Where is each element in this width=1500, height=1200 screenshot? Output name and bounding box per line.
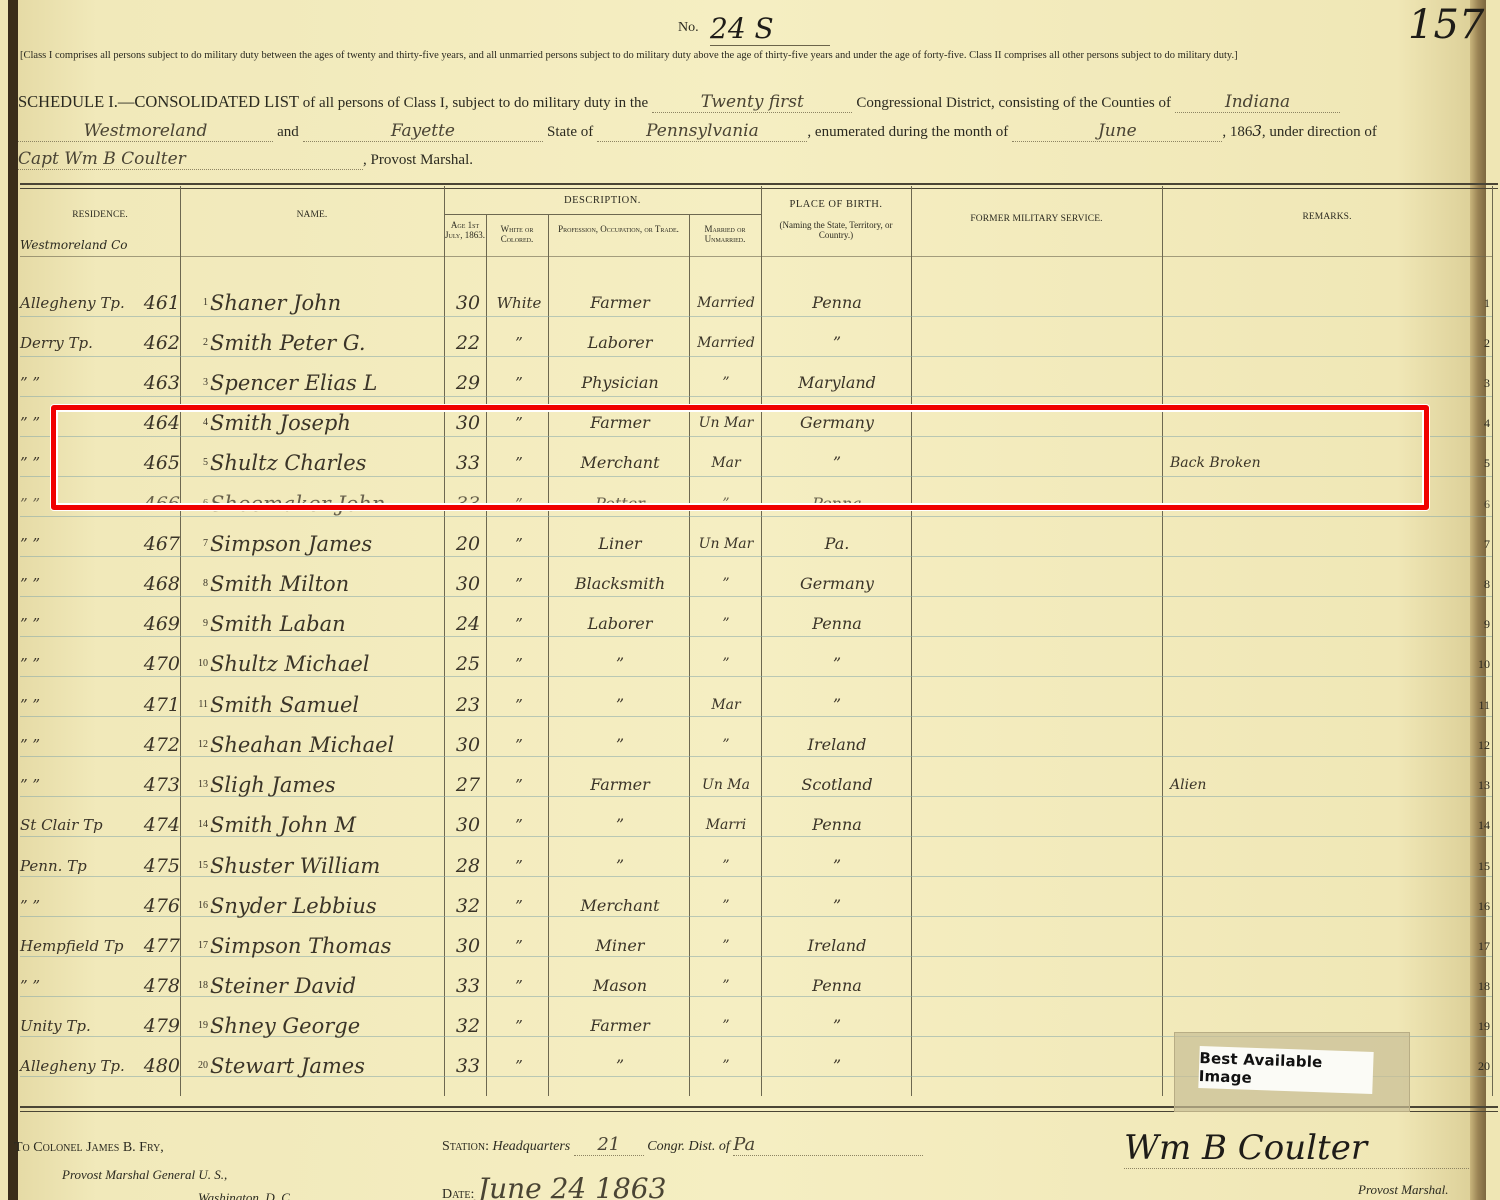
line-number: 2 [1452, 323, 1490, 363]
line-number: 10 [1452, 644, 1490, 684]
profession-cell: Blacksmith [550, 564, 690, 604]
enrollment-number-cell: 478 [130, 966, 180, 1006]
military-cell [912, 564, 1162, 604]
residence-cell: ” ” [20, 363, 130, 403]
table-row: ” ” 476 16 Snyder Lebbius 32 ” Merchant … [20, 886, 1495, 926]
married-cell: ” [690, 725, 762, 765]
enrollment-number-cell: 469 [130, 604, 180, 644]
age-cell: 30 [448, 805, 488, 845]
index-cell: 14 [192, 805, 208, 845]
age-cell: 22 [448, 323, 488, 363]
age-cell: 30 [448, 283, 488, 323]
index-cell: 17 [192, 926, 208, 966]
header-place-of-birth-note: (Naming the State, Territory, or Country… [764, 220, 908, 240]
birth-cell: Penna [762, 604, 912, 644]
enrollment-table: RESIDENCE. Westmoreland Co NAME. DESCRIP… [20, 186, 1495, 1096]
enrollment-number-cell: 470 [130, 644, 180, 684]
name-cell: Smith Samuel [210, 685, 450, 725]
addressee-line: To Colonel James B. Fry, [14, 1140, 164, 1156]
military-cell [912, 604, 1162, 644]
table-row: ” ” 471 11 Smith Samuel 23 ” ” Mar ” 11 [20, 685, 1495, 725]
station-congr: Congr. Dist. of [647, 1139, 729, 1154]
line-number: 5 [1452, 443, 1490, 483]
remarks-cell [1162, 805, 1460, 845]
remarks-cell [1162, 604, 1460, 644]
enrollment-number-cell: 463 [130, 363, 180, 403]
best-available-image-stamp: Best Available Image [1174, 1032, 1410, 1112]
date-line: Date: June 24 1863 [442, 1172, 798, 1200]
marshal-name-field: Capt Wm B Coulter [18, 149, 363, 170]
class-definition: [Class I comprises all persons subject t… [20, 50, 1500, 61]
document-page: [Class I comprises all persons subject t… [8, 0, 1486, 1200]
table-row: ” ” 473 13 Sligh James 27 ” Farmer Un Ma… [20, 765, 1495, 805]
age-cell: 30 [448, 926, 488, 966]
military-cell [912, 1006, 1162, 1046]
married-cell: ” [690, 846, 762, 886]
station-state-field: Pa [733, 1134, 923, 1156]
birth-cell: ” [762, 644, 912, 684]
line-number: 7 [1452, 524, 1490, 564]
military-cell [912, 846, 1162, 886]
remarks-cell [1162, 564, 1460, 604]
name-cell: Simpson Thomas [210, 926, 450, 966]
remarks-cell [1162, 363, 1460, 403]
remarks-cell [1162, 685, 1460, 725]
name-cell: Smith Peter G. [210, 323, 450, 363]
station-line: Station: Headquarters 21 Congr. Dist. of… [442, 1134, 923, 1156]
color-cell: ” [488, 725, 550, 765]
county-3-field: Fayette [303, 121, 543, 142]
line-number: 3 [1452, 363, 1490, 403]
table-row: ” ” 472 12 Sheahan Michael 30 ” ” ” Irel… [20, 725, 1495, 765]
age-cell: 32 [448, 886, 488, 926]
age-cell: 30 [448, 725, 488, 765]
schedule-line-2: Westmoreland and Fayette State of Pennsy… [18, 121, 1377, 142]
enrollment-number-cell: 479 [130, 1006, 180, 1046]
line-number: 9 [1452, 604, 1490, 644]
color-cell: ” [488, 805, 550, 845]
enrollment-number-cell: 467 [130, 524, 180, 564]
line-number: 16 [1452, 886, 1490, 926]
military-cell [912, 765, 1162, 805]
table-row: Allegheny Tp. 461 1 Shaner John 30 White… [20, 283, 1495, 323]
age-cell: 30 [448, 564, 488, 604]
birth-cell: Penna [762, 283, 912, 323]
index-cell: 18 [192, 966, 208, 1006]
enrollment-number-cell: 472 [130, 725, 180, 765]
name-cell: Shaner John [210, 283, 450, 323]
name-cell: Smith Milton [210, 564, 450, 604]
profession-cell: Miner [550, 926, 690, 966]
station-label: Station: [442, 1139, 489, 1154]
residence-note: Westmoreland Co [20, 240, 180, 250]
line-number: 1 [1452, 283, 1490, 323]
index-cell: 12 [192, 725, 208, 765]
table-row: St Clair Tp 474 14 Smith John M 30 ” ” M… [20, 805, 1495, 845]
married-cell: Married [690, 283, 762, 323]
state-field: Pennsylvania [597, 121, 807, 142]
residence-cell: ” ” [20, 886, 130, 926]
table-row: ” ” 470 10 Shultz Michael 25 ” ” ” ” 10 [20, 644, 1495, 684]
military-cell [912, 644, 1162, 684]
table-row: ” ” 463 3 Spencer Elias L 29 ” Physician… [20, 363, 1495, 403]
name-cell: Sheahan Michael [210, 725, 450, 765]
residence-cell: Derry Tp. [20, 323, 130, 363]
schedule-text-b: Congressional District, consisting of th… [856, 95, 1171, 111]
index-cell: 2 [192, 323, 208, 363]
residence-cell: ” ” [20, 685, 130, 725]
remarks-cell [1162, 644, 1460, 684]
remarks-cell [1162, 524, 1460, 564]
line-number: 8 [1452, 564, 1490, 604]
birth-cell: ” [762, 1046, 912, 1086]
profession-cell: ” [550, 644, 690, 684]
name-cell: Shuster William [210, 846, 450, 886]
residence-cell: ” ” [20, 966, 130, 1006]
age-cell: 29 [448, 363, 488, 403]
header-former-military: FORMER MILITARY SERVICE. [911, 214, 1162, 224]
age-cell: 25 [448, 644, 488, 684]
age-cell: 24 [448, 604, 488, 644]
color-cell: ” [488, 765, 550, 805]
married-cell: Mar [690, 685, 762, 725]
remarks-cell [1162, 886, 1460, 926]
color-cell: ” [488, 966, 550, 1006]
remarks-cell [1162, 926, 1460, 966]
profession-cell: Physician [550, 363, 690, 403]
enumerated-text: , enumerated during the month of [807, 124, 1008, 140]
book-spine [8, 0, 18, 1200]
schedule-line-1: SCHEDULE I.—CONSOLIDATED LIST of all per… [18, 92, 1340, 113]
table-row: ” ” 469 9 Smith Laban 24 ” Laborer ” Pen… [20, 604, 1495, 644]
married-cell: ” [690, 1006, 762, 1046]
addressee-title: Provost Marshal General U. S., [62, 1167, 227, 1183]
remarks-cell [1162, 323, 1460, 363]
index-cell: 13 [192, 765, 208, 805]
enrollment-number-cell: 462 [130, 323, 180, 363]
married-cell: Married [690, 323, 762, 363]
age-cell: 23 [448, 685, 488, 725]
date-label: Date: [442, 1187, 474, 1200]
military-cell [912, 966, 1162, 1006]
military-cell [912, 805, 1162, 845]
enrollment-number-cell: 475 [130, 846, 180, 886]
married-cell: ” [690, 564, 762, 604]
station-district-field: 21 [574, 1134, 644, 1156]
name-cell: Steiner David [210, 966, 450, 1006]
description-underline [444, 214, 761, 215]
provost-marshal-text: , Provost Marshal. [363, 152, 473, 168]
birth-cell: Ireland [762, 725, 912, 765]
header-name: NAME. [180, 210, 444, 220]
and-text: and [277, 124, 299, 140]
residence-cell: ” ” [20, 644, 130, 684]
number-label: No. [678, 20, 699, 36]
number-value: 24 S [710, 12, 830, 46]
station-headquarters: Headquarters [492, 1139, 570, 1154]
table-row: Penn. Tp 475 15 Shuster William 28 ” ” ”… [20, 846, 1495, 886]
remarks-cell [1162, 846, 1460, 886]
date-field: June 24 1863 [478, 1172, 798, 1200]
married-cell: Marri [690, 805, 762, 845]
name-cell: Simpson James [210, 524, 450, 564]
enrollment-number-cell: 471 [130, 685, 180, 725]
enrollment-number-cell: 473 [130, 765, 180, 805]
birth-cell: Penna [762, 805, 912, 845]
name-cell: Stewart James [210, 1046, 450, 1086]
direction-text: , under direction of [1262, 124, 1377, 140]
age-cell: 28 [448, 846, 488, 886]
enrollment-number-cell: 474 [130, 805, 180, 845]
birth-cell: ” [762, 846, 912, 886]
married-cell: ” [690, 886, 762, 926]
name-cell: Shultz Michael [210, 644, 450, 684]
remarks-cell [1162, 725, 1460, 765]
age-cell: 27 [448, 765, 488, 805]
highlight-box [51, 405, 1429, 510]
color-cell: ” [488, 363, 550, 403]
married-cell: ” [690, 644, 762, 684]
index-cell: 15 [192, 846, 208, 886]
married-cell: ” [690, 926, 762, 966]
military-cell [912, 524, 1162, 564]
index-cell: 9 [192, 604, 208, 644]
birth-cell: Pa. [762, 524, 912, 564]
best-available-image-label: Best Available Image [1198, 1046, 1373, 1094]
color-cell: ” [488, 644, 550, 684]
county-1-field: Indiana [1175, 92, 1340, 113]
line-number: 20 [1452, 1046, 1490, 1086]
schedule-text-a: of all persons of Class I, subject to do… [303, 95, 648, 111]
year-prefix: , 186 [1222, 124, 1252, 140]
birth-cell: Germany [762, 564, 912, 604]
residence-cell: Penn. Tp [20, 846, 130, 886]
color-cell: ” [488, 846, 550, 886]
remarks-cell [1162, 283, 1460, 323]
married-cell: ” [690, 604, 762, 644]
married-cell: ” [690, 1046, 762, 1086]
table-row: Derry Tp. 462 2 Smith Peter G. 22 ” Labo… [20, 323, 1495, 363]
name-cell: Sligh James [210, 765, 450, 805]
color-cell: ” [488, 323, 550, 363]
header-residence: RESIDENCE. [20, 210, 180, 220]
state-label: State of [547, 124, 593, 140]
military-cell [912, 323, 1162, 363]
color-cell: ” [488, 886, 550, 926]
residence-cell: Allegheny Tp. [20, 1046, 130, 1086]
line-number: 11 [1452, 685, 1490, 725]
profession-cell: ” [550, 1046, 690, 1086]
residence-cell: St Clair Tp [20, 805, 130, 845]
military-cell [912, 685, 1162, 725]
color-cell: White [488, 283, 550, 323]
profession-cell: Merchant [550, 886, 690, 926]
married-cell: ” [690, 966, 762, 1006]
military-cell [912, 886, 1162, 926]
color-cell: ” [488, 926, 550, 966]
signature: Wm B Coulter [1124, 1128, 1469, 1169]
age-cell: 20 [448, 524, 488, 564]
table-row: Hempfield Tp 477 17 Simpson Thomas 30 ” … [20, 926, 1495, 966]
married-cell: ” [690, 363, 762, 403]
index-cell: 1 [192, 283, 208, 323]
table-row: ” ” 467 7 Simpson James 20 ” Liner Un Ma… [20, 524, 1495, 564]
line-number: 17 [1452, 926, 1490, 966]
military-cell [912, 1046, 1162, 1086]
line-number: 18 [1452, 966, 1490, 1006]
age-cell: 33 [448, 1046, 488, 1086]
index-cell: 10 [192, 644, 208, 684]
residence-cell: ” ” [20, 725, 130, 765]
table-row: ” ” 478 18 Steiner David 33 ” Mason ” Pe… [20, 966, 1495, 1006]
remarks-cell [1162, 966, 1460, 1006]
color-cell: ” [488, 564, 550, 604]
index-cell: 7 [192, 524, 208, 564]
enrollment-number-cell: 480 [130, 1046, 180, 1086]
county-2-field: Westmoreland [18, 121, 273, 142]
profession-cell: Laborer [550, 323, 690, 363]
line-number: 13 [1452, 765, 1490, 805]
birth-cell: ” [762, 685, 912, 725]
index-cell: 8 [192, 564, 208, 604]
profession-cell: Farmer [550, 1006, 690, 1046]
enrollment-number-cell: 476 [130, 886, 180, 926]
residence-cell: Allegheny Tp. [20, 283, 130, 323]
profession-cell: ” [550, 805, 690, 845]
birth-cell: ” [762, 1006, 912, 1046]
married-cell: Un Ma [690, 765, 762, 805]
birth-cell: Ireland [762, 926, 912, 966]
index-cell: 3 [192, 363, 208, 403]
enrollment-number-cell: 461 [130, 283, 180, 323]
birth-cell: Maryland [762, 363, 912, 403]
enrollment-number-cell: 468 [130, 564, 180, 604]
header-age: Age 1st July, 1863. [444, 220, 486, 240]
color-cell: ” [488, 604, 550, 644]
military-cell [912, 283, 1162, 323]
profession-cell: Farmer [550, 283, 690, 323]
profession-cell: Farmer [550, 765, 690, 805]
addressee-location: Washington, D. C. [198, 1190, 293, 1200]
line-number: 6 [1452, 484, 1490, 524]
residence-cell: ” ” [20, 564, 130, 604]
schedule-line-3: Capt Wm B Coulter, Provost Marshal. [18, 149, 473, 170]
profession-cell: Laborer [550, 604, 690, 644]
header-profession: Profession, Occupation, or Trade. [548, 224, 689, 234]
table-row: ” ” 468 8 Smith Milton 30 ” Blacksmith ”… [20, 564, 1495, 604]
name-cell: Shney George [210, 1006, 450, 1046]
residence-cell: ” ” [20, 765, 130, 805]
color-cell: ” [488, 524, 550, 564]
name-cell: Smith Laban [210, 604, 450, 644]
birth-cell: Penna [762, 966, 912, 1006]
line-number: 14 [1452, 805, 1490, 845]
birth-cell: ” [762, 886, 912, 926]
age-cell: 33 [448, 966, 488, 1006]
header-place-of-birth: PLACE OF BIRTH. [761, 200, 911, 210]
header-white-colored: White or Colored. [486, 224, 548, 244]
enrollment-number-cell: 477 [130, 926, 180, 966]
year-digit: 3 [1252, 122, 1262, 140]
index-cell: 20 [192, 1046, 208, 1086]
age-cell: 32 [448, 1006, 488, 1046]
folio-number: 157 [1408, 2, 1484, 48]
residence-cell: Hempfield Tp [20, 926, 130, 966]
name-cell: Smith John M [210, 805, 450, 845]
index-cell: 19 [192, 1006, 208, 1046]
profession-cell: ” [550, 846, 690, 886]
name-cell: Snyder Lebbius [210, 886, 450, 926]
line-number: 15 [1452, 846, 1490, 886]
military-cell [912, 926, 1162, 966]
residence-cell: ” ” [20, 604, 130, 644]
residence-cell: Unity Tp. [20, 1006, 130, 1046]
birth-cell: ” [762, 323, 912, 363]
month-field: June [1012, 121, 1222, 142]
married-cell: Un Mar [690, 524, 762, 564]
color-cell: ” [488, 1006, 550, 1046]
header-married: Married or Unmarried. [689, 224, 761, 244]
remarks-cell: Alien [1162, 765, 1460, 805]
military-cell [912, 725, 1162, 765]
residence-cell: ” ” [20, 524, 130, 564]
military-cell [912, 363, 1162, 403]
line-number: 12 [1452, 725, 1490, 765]
header-description: DESCRIPTION. [444, 196, 761, 206]
district-field: Twenty first [652, 92, 852, 113]
header-remarks: REMARKS. [1162, 212, 1492, 222]
color-cell: ” [488, 685, 550, 725]
signature-title: Provost Marshal. [1358, 1182, 1449, 1198]
line-number: 4 [1452, 403, 1490, 443]
profession-cell: ” [550, 685, 690, 725]
addressee-name: To Colonel James B. Fry, [14, 1140, 164, 1155]
profession-cell: Mason [550, 966, 690, 1006]
header-bottom-line [20, 256, 1492, 257]
profession-cell: Liner [550, 524, 690, 564]
schedule-title: SCHEDULE I.—CONSOLIDATED LIST [18, 92, 299, 111]
color-cell: ” [488, 1046, 550, 1086]
index-cell: 16 [192, 886, 208, 926]
line-number: 19 [1452, 1006, 1490, 1046]
index-cell: 11 [192, 685, 208, 725]
birth-cell: Scotland [762, 765, 912, 805]
name-cell: Spencer Elias L [210, 363, 450, 403]
profession-cell: ” [550, 725, 690, 765]
